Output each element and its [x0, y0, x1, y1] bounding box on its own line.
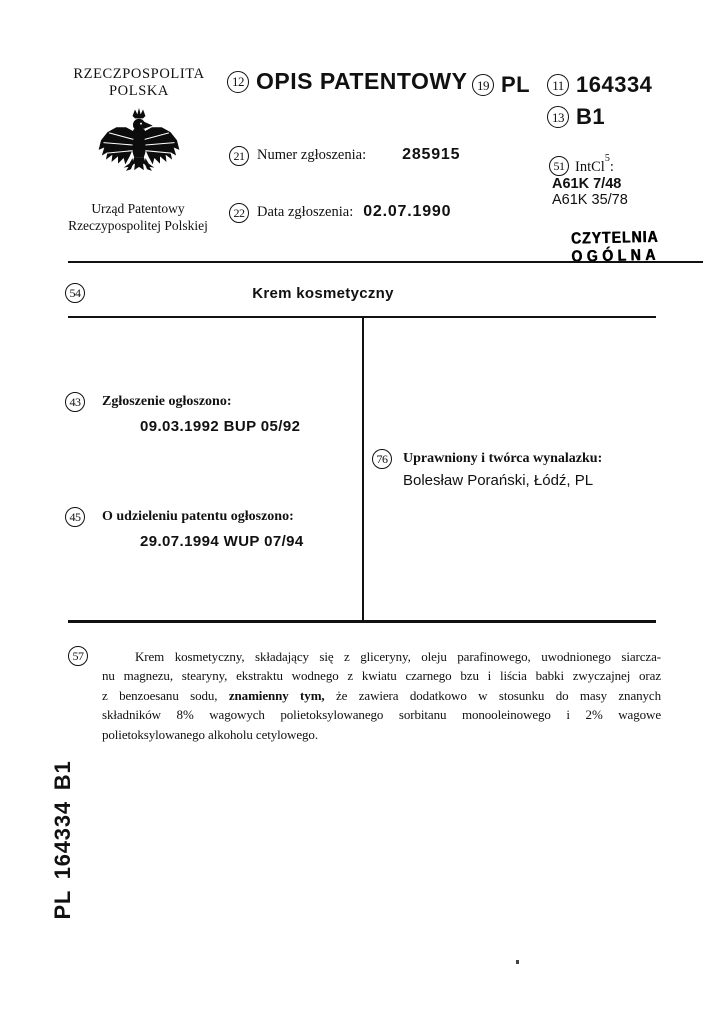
intcl-class-1: A61K 7/48	[552, 177, 628, 193]
kind-code-value: B1	[576, 104, 605, 130]
doc-type-title: OPIS PATENTOWY	[256, 68, 467, 95]
grant-label: O udzieleniu patentu ogłoszono:	[102, 509, 294, 525]
header-divider-rule	[68, 261, 703, 263]
owner-value: Bolesław Porański, Łódź, PL	[403, 472, 602, 489]
abstract-line: Krem kosmetyczny, składający się z glice…	[102, 647, 661, 666]
country-name-line2: POLSKA	[60, 83, 218, 100]
application-date-label: Data zgłoszenia:	[257, 204, 353, 221]
patent-number-value: 164334	[576, 72, 652, 98]
table-vertical-divider	[362, 316, 364, 622]
country-name: RZECZPOSPOLITA POLSKA	[60, 66, 218, 100]
abstract-line: z benzoesanu sodu, znamienny tym, że zaw…	[102, 686, 661, 705]
patent-office-name: Urząd Patentowy Rzeczypospolitej Polskie…	[57, 201, 219, 234]
scan-artifact-dot	[516, 960, 519, 964]
application-number-row: 21 Numer zgłoszenia: 285915	[229, 146, 460, 166]
grant-block: 45 O udzieleniu patentu ogłoszono: 29.07…	[65, 507, 304, 550]
reading-room-stamp: CZYTELNIA OGÓLNA	[571, 228, 660, 264]
owner-label: Uprawniony i twórca wynalazku:	[403, 451, 602, 467]
inid-code-76-badge: 76	[372, 449, 392, 469]
country-name-line1: RZECZPOSPOLITA	[60, 66, 218, 83]
publication-label: Zgłoszenie ogłoszono:	[102, 394, 232, 410]
inid-code-21-badge: 21	[229, 146, 249, 166]
inid-code-43-badge: 43	[65, 392, 85, 412]
abstract-line: polietoksylowanego alkoholu cetylowego.	[102, 725, 661, 744]
publication-block: 43 Zgłoszenie ogłoszono: 09.03.1992 BUP …	[65, 392, 300, 435]
application-date-value: 02.07.1990	[363, 203, 451, 221]
application-date-row: 22 Data zgłoszenia: 02.07.1990	[229, 203, 451, 223]
abstract-paragraph: Krem kosmetyczny, składający się z glice…	[102, 647, 661, 744]
application-number-value: 285915	[402, 146, 460, 164]
abstract-line: składników 8% wagowych polietoksylowaneg…	[102, 705, 661, 724]
abstract-line: nu magnezu, stearyny, ekstraktu wodnego …	[102, 666, 661, 685]
inid-code-22-badge: 22	[229, 203, 249, 223]
grant-value: 29.07.1994 WUP 07/94	[140, 533, 304, 550]
polish-eagle-icon	[97, 103, 181, 200]
application-number-label: Numer zgłoszenia:	[257, 147, 366, 164]
patent-document-page: RZECZPOSPOLITA POLSKA Urząd Patent	[0, 0, 724, 1024]
patent-number-row: 11 164334	[547, 72, 652, 98]
invention-title: Krem kosmetyczny	[68, 285, 578, 302]
intcl-class-2: A61K 35/78	[552, 193, 628, 209]
inid-code-45-badge: 45	[65, 507, 85, 527]
inid-code-51-badge: 51	[549, 156, 569, 176]
inid-code-12-badge: 12	[227, 71, 249, 93]
intcl-class-list: A61K 7/48 A61K 35/78	[552, 177, 628, 208]
intcl-row: 51 IntCl5:	[549, 156, 614, 176]
publication-value: 09.03.1992 BUP 05/92	[140, 418, 300, 435]
patent-office-line1: Urząd Patentowy	[57, 201, 219, 218]
inid-code-19-badge: 19	[472, 74, 494, 96]
table-bottom-rule	[68, 620, 656, 623]
country-code-value: PL	[501, 72, 530, 98]
owner-block: 76 Uprawniony i twórca wynalazku: Bolesł…	[372, 449, 602, 489]
intcl-edition-superscript: 5	[605, 153, 610, 164]
inid-code-57-badge: 57	[68, 646, 88, 666]
vertical-patent-id: PL 164334 B1	[50, 760, 76, 919]
kind-code-row: 13 B1	[547, 104, 605, 130]
intcl-label: IntCl5:	[575, 157, 614, 176]
inid-code-13-badge: 13	[547, 106, 569, 128]
inid-code-11-badge: 11	[547, 74, 569, 96]
patent-office-line2: Rzeczypospolitej Polskiej	[57, 218, 219, 235]
doc-type-row: 12 OPIS PATENTOWY	[227, 68, 467, 95]
stamp-line1: CZYTELNIA	[571, 227, 660, 247]
abstract-claim-phrase: znamienny tym,	[229, 688, 325, 703]
country-code-row: 19 PL	[472, 72, 530, 98]
